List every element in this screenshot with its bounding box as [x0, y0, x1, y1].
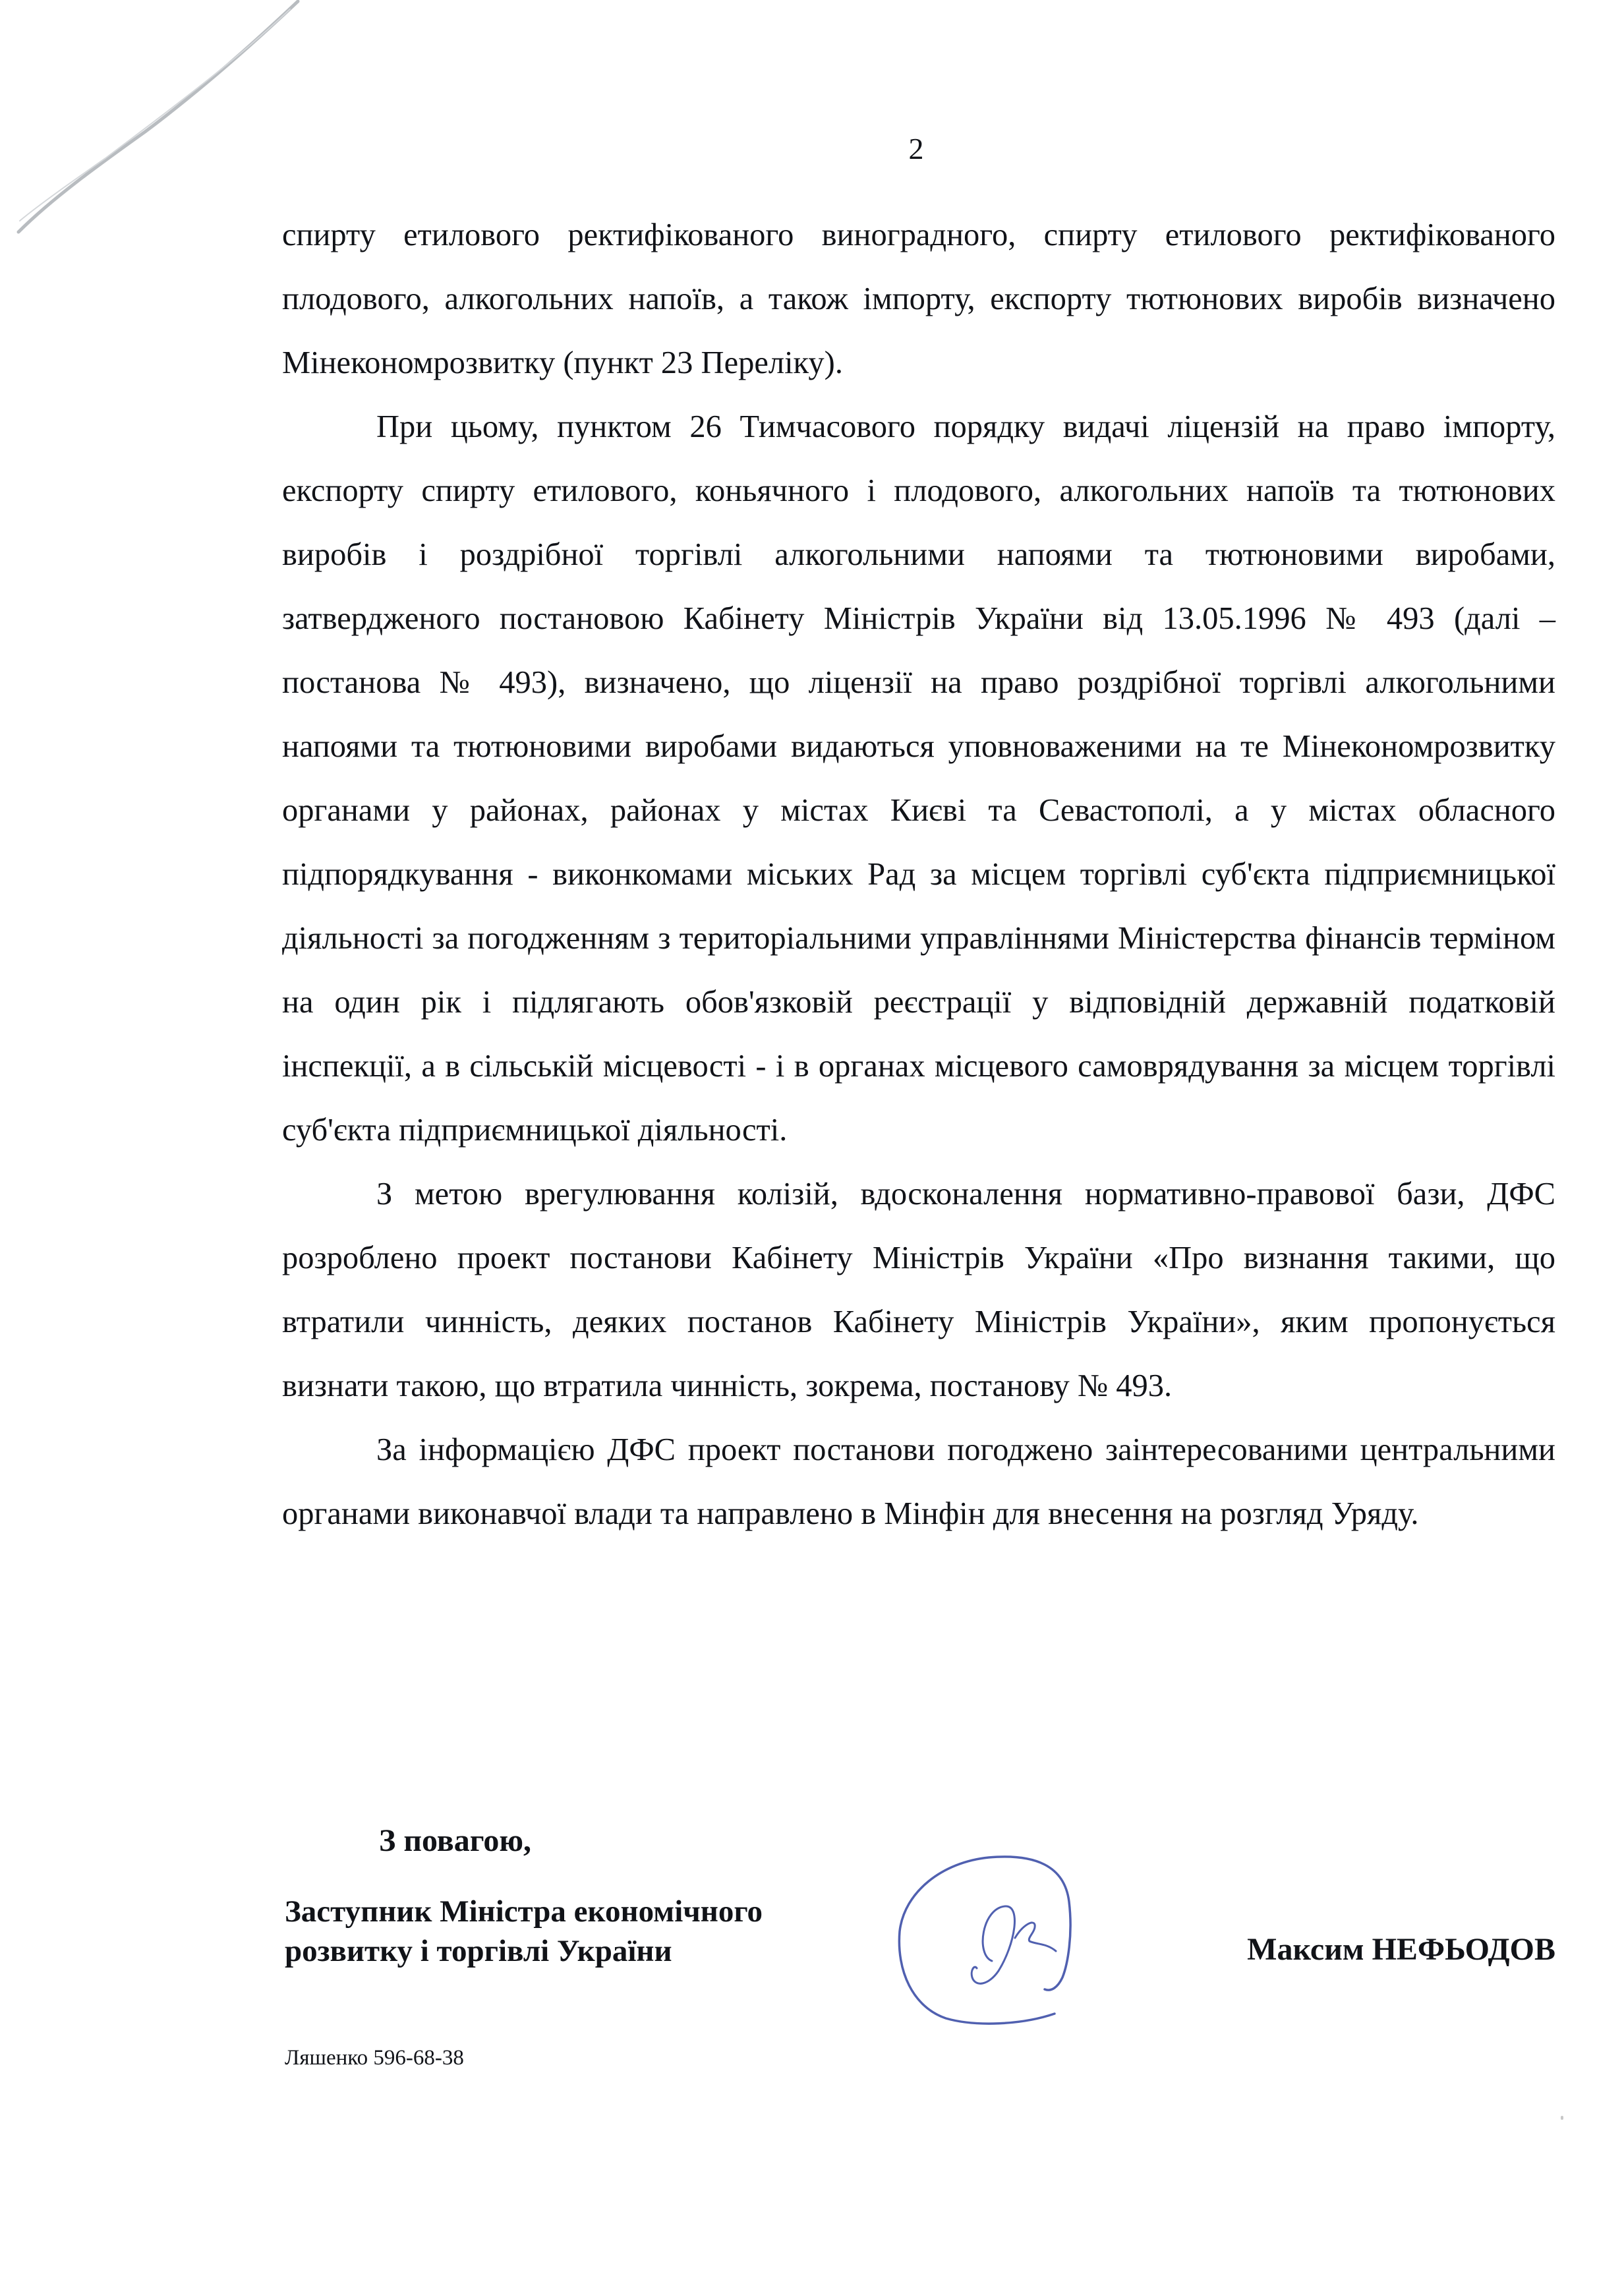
- scan-speck: [1561, 2116, 1563, 2120]
- paragraph-3: З метою врегулювання колізій, вдосконале…: [282, 1162, 1555, 1418]
- paragraph-4: За інформацією ДФС проект постанови пого…: [282, 1418, 1555, 1546]
- paragraph-1: спирту етилового ректифікованого виногра…: [282, 203, 1555, 395]
- signer-position: Заступник Міністра економічного розвитку…: [285, 1892, 763, 1971]
- signer-position-line-1: Заступник Міністра економічного: [285, 1892, 763, 1931]
- letter-body: спирту етилового ректифікованого виногра…: [282, 203, 1555, 1546]
- handwritten-signature-icon: [883, 1846, 1094, 2083]
- page-number: 2: [903, 129, 929, 169]
- closing-salutation: З повагою,: [379, 1818, 531, 1864]
- paragraph-2: При цьому, пунктом 26 Тимчасового порядк…: [282, 395, 1555, 1162]
- executor-contact: Ляшенко 596-68-38: [285, 2043, 464, 2072]
- signer-name: Максим НЕФЬОДОВ: [1247, 1930, 1555, 1970]
- signer-position-line-2: розвитку і торгівлі України: [285, 1931, 763, 1971]
